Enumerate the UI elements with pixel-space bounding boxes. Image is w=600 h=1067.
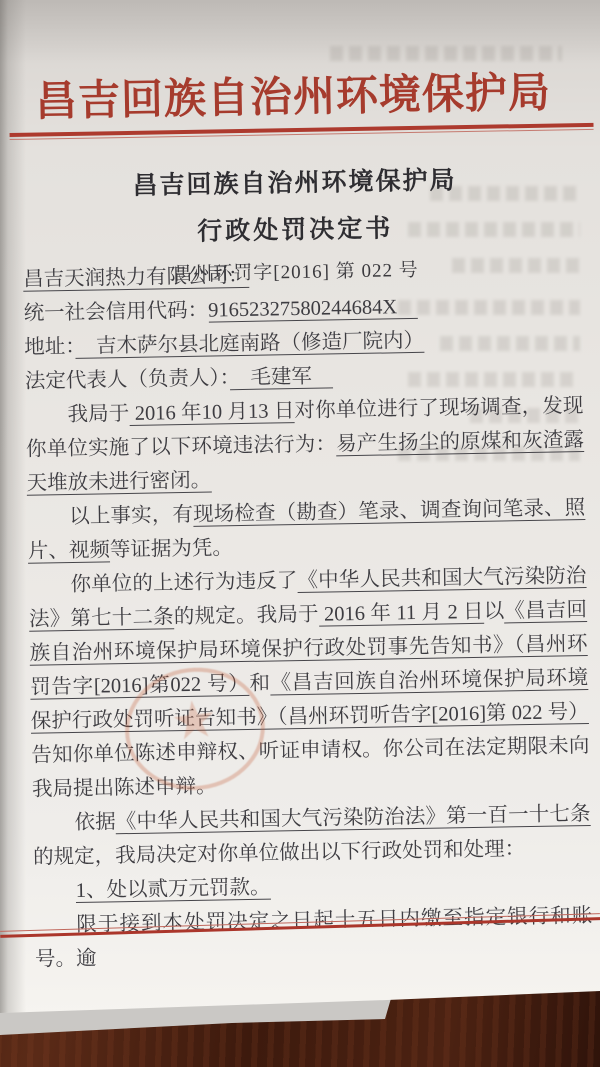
underlined-text: 1、处以贰万元罚款。: [76, 877, 271, 903]
text-run: 我局于: [67, 403, 129, 426]
underlined-text: 2016 年10 月13 日: [129, 400, 294, 426]
text-run: 统一社会信用代码：: [24, 300, 209, 325]
underlined-text: 昌吉天润热力有限公司：: [23, 265, 249, 292]
document-title-type: 行政处罚决定书: [0, 205, 596, 251]
photo-of-document: { "banner": { "agency": "昌吉回族自治州环境保护局" }…: [0, 0, 600, 1067]
text-run: 的规定，我局决定对你单位做出以下行政处罚和处理：: [33, 838, 525, 869]
agency-letterhead: 昌吉回族自治州环境保护局: [12, 59, 573, 129]
page-content: 昌吉回族自治州环境保护局 昌吉回族自治州环境保护局 行政处罚决定书 昌州环罚字[…: [0, 0, 600, 1067]
underlined-text: 吉木萨尔县北庭南路（修造厂院内）: [75, 330, 424, 359]
text-run: 你单位的上述行为违反了: [70, 570, 297, 596]
document-title-agency: 昌吉回族自治州环境保护局: [0, 158, 595, 204]
text-run: 法定代表人（负责人）：: [25, 367, 230, 393]
underlined-text: 《中华人民共和国大气污染防治法》第一百一十七条: [116, 803, 591, 834]
text-run: 告知你单位陈述申辩权、听证申请权。你公司在法定期限未向我局提出陈述申辩。: [31, 735, 589, 801]
underlined-text: 91652327580244684X: [208, 296, 418, 323]
underlined-text: 2016 年 11 月 2 日: [319, 601, 484, 627]
text-run: 以: [484, 600, 505, 622]
paragraph: 以上事实，有现场检查（勘查）笔录、调查询问笔录、照片、视频等证据为凭。: [27, 491, 586, 569]
seal-star-icon: ★: [168, 693, 221, 750]
document-page: 昌吉回族自治州环境保护局 昌吉回族自治州环境保护局 行政处罚决定书 昌州环罚字[…: [0, 0, 600, 1067]
paragraph: 限于接到本处罚决定之日起十五日内缴至指定银行和账号。逾: [34, 899, 593, 977]
paragraph: 我局于 2016 年10 月13 日对你单位进行了现场调查，发现你单位实施了以下…: [25, 389, 585, 501]
underlined-text: 毛建军: [230, 365, 333, 390]
paragraph: 依据《中华人民共和国大气污染防治法》第一百一十七条的规定，我局决定对你单位做出以…: [32, 797, 591, 875]
text-run: 以上事实，有: [69, 504, 193, 528]
document-body: 昌吉天润热力有限公司：统一社会信用代码：91652327580244684X 地…: [23, 253, 593, 977]
paragraph: 你单位的上述行为违反了《中华人民共和国大气污染防治法》第七十二条的规定。我局于 …: [28, 559, 590, 807]
text-run: 等证据为凭。: [110, 537, 233, 561]
text-run: 地址：: [24, 336, 76, 359]
text-run: 依据: [74, 811, 116, 834]
text-run: 的规定。我局于: [174, 604, 319, 629]
